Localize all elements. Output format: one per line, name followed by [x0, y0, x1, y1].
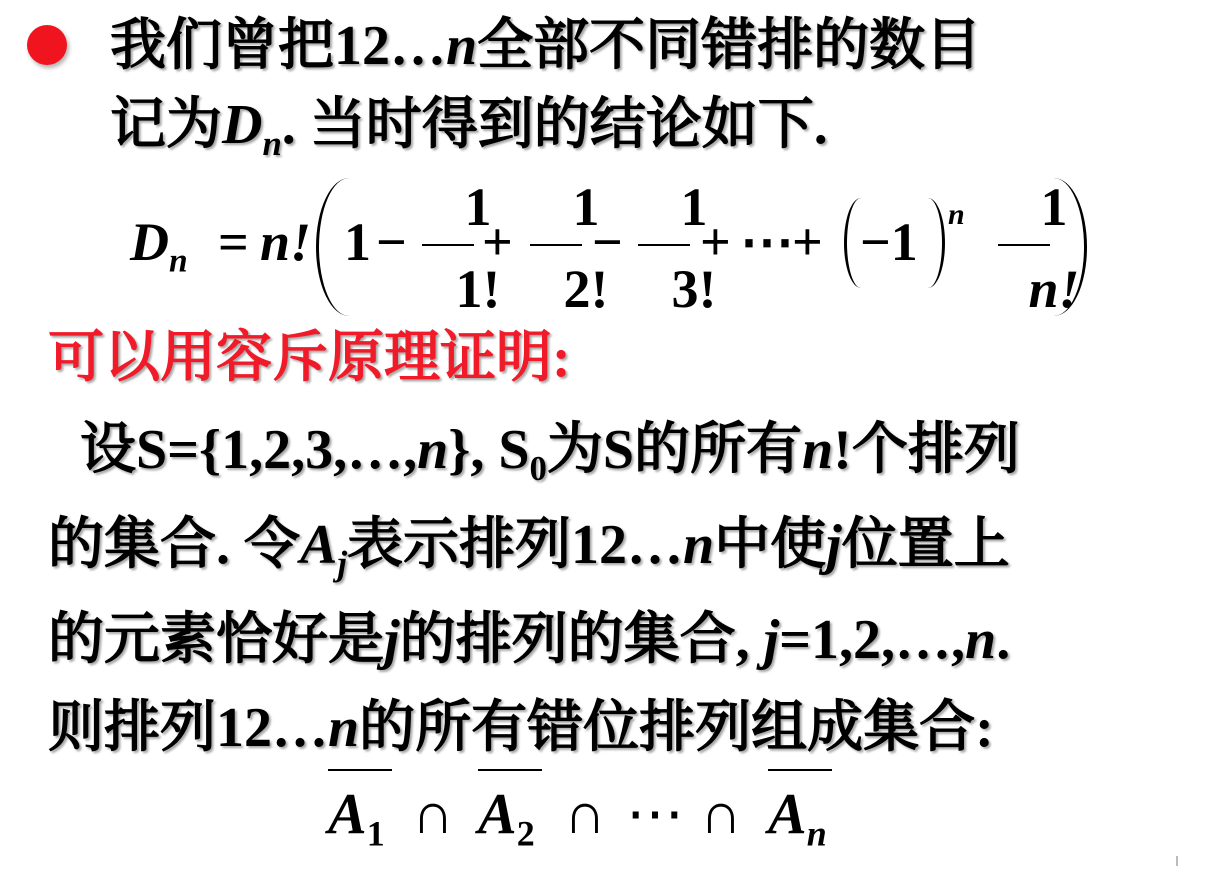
formula-exponent: n [948, 200, 965, 230]
complement-bar [328, 769, 392, 771]
formula-one: 1 [344, 215, 371, 269]
var-sub-n: n [262, 124, 281, 163]
intro-text: 我们曾把 [110, 15, 334, 77]
formula-ellipsis: ⋯ [740, 215, 794, 269]
ellipsis: ⋯ [626, 785, 684, 843]
formula-plus: + [700, 215, 731, 269]
formula-neg-one: −1 [860, 215, 918, 269]
small-left-paren-icon [844, 198, 861, 288]
intro-seq: 12… [334, 15, 446, 77]
intro-var-n: n [446, 15, 477, 77]
intro-line-2: 记为Dn. 当时得到的结论如下. [110, 97, 828, 162]
intro-line-1: 我们曾把12…n全部不同错排的数目 [110, 18, 981, 74]
intersection-formula: A1 ∩ A2 ∩ ⋯ ∩ An [320, 765, 880, 865]
intersection-icon: ∩ [412, 785, 454, 843]
small-right-paren-icon [928, 198, 945, 288]
formula-plus: + [792, 215, 823, 269]
var-D: D [222, 94, 262, 156]
body-line-2: 的集合. 令Aj表示排列12…n中使j位置上 [48, 517, 1010, 582]
formula-n-factorial: n! [260, 215, 311, 269]
formula-lhs: Dn [130, 215, 188, 278]
intro-text: 记为 [110, 94, 222, 156]
intro-text: 全部不同错排的数目 [477, 15, 981, 77]
complement-bar [768, 769, 832, 771]
formula-minus: − [592, 215, 623, 269]
formula-equals: = [218, 215, 249, 269]
corner-mark [1176, 856, 1178, 866]
intro-text: . 当时得到的结论如下. [282, 94, 828, 156]
set-A1: A1 [328, 785, 385, 853]
body-line-3: 的元素恰好是j的排列的集合, j=1,2,…,n. [48, 612, 1010, 668]
formula-minus: − [376, 215, 407, 269]
set-An: An [768, 785, 827, 853]
intersection-icon: ∩ [700, 785, 742, 843]
body-line-1: 设S={1,2,3,…,n}, S0为S的所有n!个排列 [80, 422, 1020, 487]
formula-plus: + [482, 215, 513, 269]
derangement-formula: Dn = n! 1 − 11! + 12! − 13! + ⋯ + −1 n 1… [130, 170, 1090, 320]
proof-heading: 可以用容斥原理证明: [48, 330, 571, 386]
intersection-icon: ∩ [564, 785, 606, 843]
complement-bar [478, 769, 542, 771]
body-line-4: 则排列12…n的所有错位排列组成集合: [48, 700, 994, 756]
set-A2: A2 [478, 785, 535, 853]
bullet-dot-icon [27, 25, 67, 65]
